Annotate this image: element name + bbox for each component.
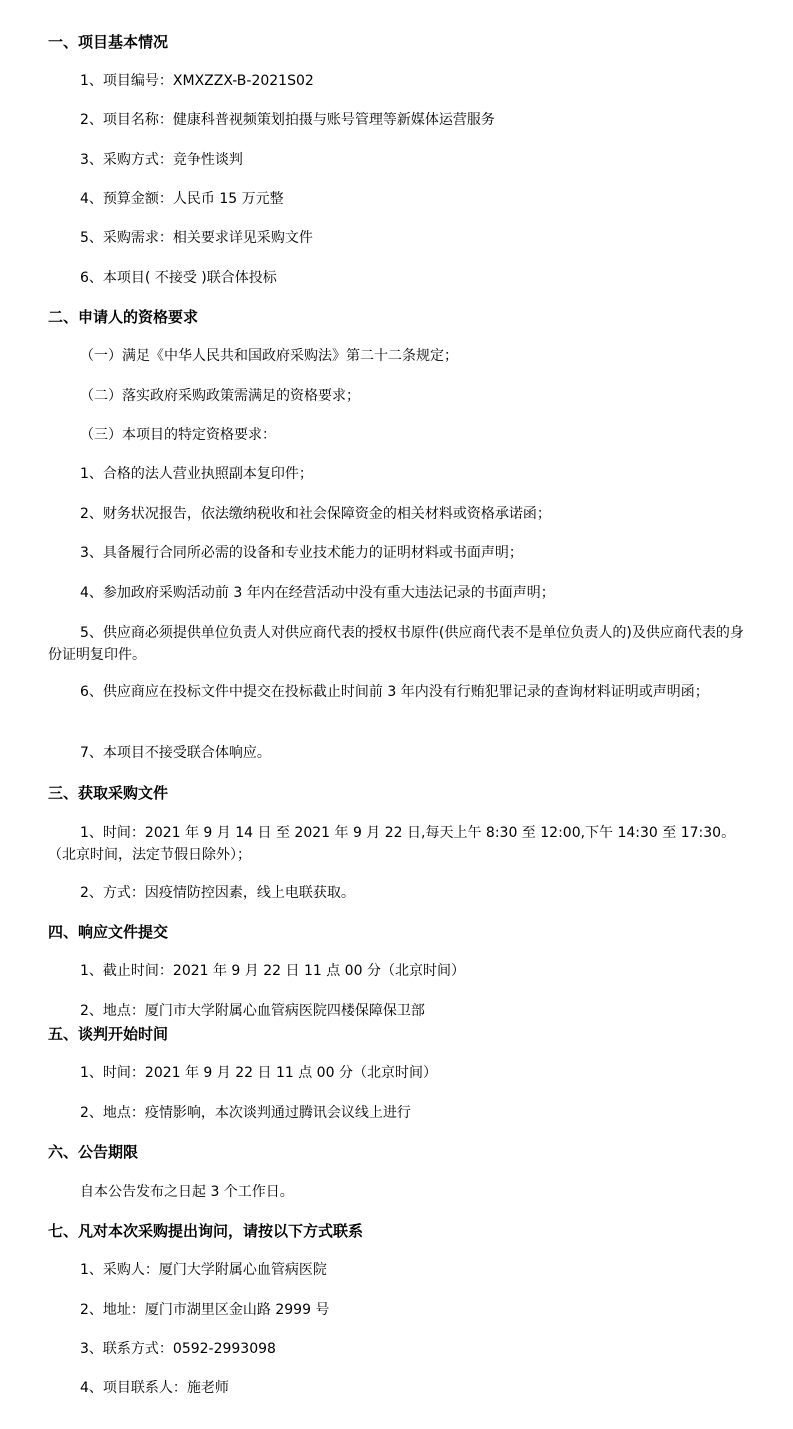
list-item: 6、本项目( 不接受 )联合体投标	[80, 268, 277, 288]
list-item: （三）本项目的特定资格要求：	[80, 425, 276, 445]
list-item: 6、供应商应在投标文件中提交在投标截止时间前 3 年内没有行贿犯罪记录的查询材料…	[48, 681, 748, 703]
list-item: 7、本项目不接受联合体响应。	[80, 743, 271, 763]
list-item: 1、时间：2021 年 9 月 14 日 至 2021 年 9 月 22 日,每…	[48, 822, 748, 866]
section-heading: 六、公告期限	[48, 1142, 138, 1162]
list-item: （二）落实政府采购政策需满足的资格要求；	[80, 386, 360, 406]
list-item: 2、地址：厦门市湖里区金山路 2999 号	[80, 1300, 329, 1320]
list-item: 2、地点：疫情影响，本次谈判通过腾讯会议线上进行	[80, 1103, 411, 1123]
section-heading: 五、谈判开始时间	[48, 1024, 168, 1044]
list-item: 1、时间：2021 年 9 月 22 日 11 点 00 分（北京时间）	[80, 1063, 437, 1083]
list-item: 2、项目名称：健康科普视频策划拍摄与账号管理等新媒体运营服务	[80, 110, 495, 130]
list-item: 1、截止时间：2021 年 9 月 22 日 11 点 00 分（北京时间）	[80, 961, 465, 981]
list-item: 4、项目联系人：施老师	[80, 1378, 229, 1398]
section-heading: 一、项目基本情况	[48, 32, 168, 52]
section-heading: 三、获取采购文件	[48, 783, 168, 803]
section-heading: 七、凡对本次采购提出询问，请按以下方式联系	[48, 1221, 363, 1241]
list-item: 2、方式：因疫情防控因素，线上电联获取。	[80, 883, 355, 903]
list-item: 2、财务状况报告，依法缴纳税收和社会保障资金的相关材料或资格承诺函；	[80, 504, 551, 524]
list-item: 自本公告发布之日起 3 个工作日。	[80, 1182, 294, 1202]
list-item: 5、采购需求：相关要求详见采购文件	[80, 228, 313, 248]
section-heading: 四、响应文件提交	[48, 922, 168, 942]
list-item: 1、项目编号：XMXZZX-B-2021S02	[80, 71, 314, 91]
list-item: 1、合格的法人营业执照副本复印件；	[80, 464, 313, 484]
list-item: 4、预算金额：人民币 15 万元整	[80, 189, 284, 209]
list-item: 4、参加政府采购活动前 3 年内在经营活动中没有重大违法记录的书面声明；	[80, 583, 555, 603]
section-heading: 二、申请人的资格要求	[48, 307, 198, 327]
list-item: 5、供应商必须提供单位负责人对供应商代表的授权书原件(供应商代表不是单位负责人的…	[48, 622, 748, 666]
list-item: 2、地点：厦门市大学附属心血管病医院四楼保障保卫部	[80, 1001, 425, 1021]
list-item: 3、具备履行合同所必需的设备和专业技术能力的证明材料或书面声明；	[80, 543, 523, 563]
list-item: 3、联系方式：0592-2993098	[80, 1339, 276, 1359]
list-item: （一）满足《中华人民共和国政府采购法》第二十二条规定；	[80, 346, 458, 366]
list-item: 3、采购方式：竞争性谈判	[80, 150, 243, 170]
list-item: 1、采购人：厦门大学附属心血管病医院	[80, 1260, 327, 1280]
